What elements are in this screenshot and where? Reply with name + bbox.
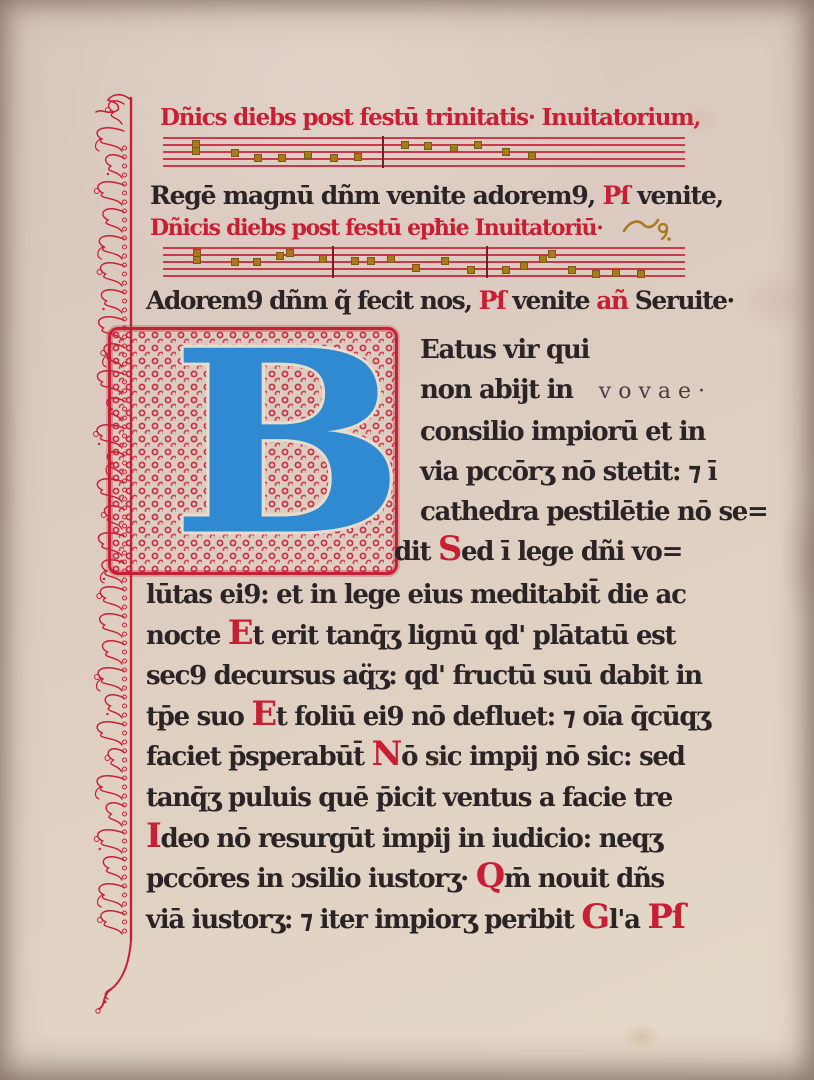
psalm-line: pccōres in ɔsilio iustorʒ· Qm̄ nouit dñs (146, 859, 710, 900)
chant-note (548, 250, 556, 258)
psalm-text-beside-initial: Eatus vir qui non abijt invovae· consili… (420, 330, 768, 572)
filigree-bead (123, 605, 127, 609)
filigree-stroke (97, 776, 124, 799)
filigree-stroke (95, 787, 100, 799)
filigree-bead (123, 677, 127, 681)
filigree-stroke (99, 236, 124, 259)
chant-note (539, 255, 547, 263)
filigree-stroke (103, 857, 124, 880)
chant-note (467, 266, 475, 274)
filigree-bead (123, 623, 127, 627)
filigree-bead (101, 513, 106, 518)
chant-note (192, 147, 200, 155)
filigree-bead (123, 794, 127, 798)
chant-note (304, 151, 312, 159)
filigree-bead (96, 1009, 100, 1013)
filigree-stroke (98, 830, 124, 853)
psalm-abbrev: Pſ (479, 286, 513, 315)
filigree-bead (123, 821, 127, 825)
chant-note (351, 257, 359, 265)
chant-note (401, 141, 409, 149)
filigree-bead (123, 785, 127, 789)
chant-note (367, 257, 375, 265)
filigree-bead (97, 594, 102, 599)
filigree-bead (98, 443, 100, 445)
chant-note (253, 258, 261, 266)
chant-note (286, 249, 294, 257)
filigree-bead (94, 837, 99, 842)
filigree-stroke (98, 668, 124, 691)
filigree-bead (102, 308, 104, 310)
filigree-stroke (100, 263, 124, 286)
staff-line (163, 275, 685, 277)
psalm-line: nocte Et erit tanq̄ʒ lignū qd' plātatū e… (146, 616, 710, 657)
filigree-stroke (95, 139, 100, 151)
filigree-bead (123, 659, 127, 663)
psalm-line: consilio impiorū et in (420, 412, 768, 452)
psalm-text: deo nō resurgūt impij in iudicio: neqʒ (161, 824, 662, 854)
versal-initial: S (438, 528, 461, 568)
filigree-bead (97, 270, 102, 275)
versal-initial: E (251, 693, 275, 733)
filigree-bead (123, 191, 127, 195)
filigree-bead (123, 740, 127, 744)
filigree-bead (123, 632, 127, 636)
filigree-stroke (96, 679, 101, 691)
filigree-bead (123, 272, 127, 276)
filigree-bead (94, 432, 99, 437)
psalm-line: via pccōrʒ nō stetit: ⁊ ī (420, 452, 768, 492)
psalm-text: ed ī lege dñi vo= (461, 537, 682, 567)
filigree-bead (123, 758, 127, 762)
chant-note (441, 257, 449, 265)
filigree-stroke (102, 641, 124, 664)
rubric-line-1: Dñics diebs post festū trinitatis· Inuit… (160, 102, 700, 134)
psalm-line: Ideo nō resurgūt impij in iudicio: neqʒ (146, 819, 710, 860)
filigree-stroke (103, 355, 108, 367)
psalm-text: l'a (609, 905, 648, 935)
filigree-stroke (101, 911, 124, 934)
filigree-stroke (99, 884, 124, 907)
chant-note (276, 252, 284, 260)
versal-initial: I (146, 815, 161, 855)
filigree-bead (123, 218, 127, 222)
filigree-bead (123, 596, 127, 600)
filigree-stroke (98, 247, 103, 259)
rubric2-text: Dñicis diebs post festū epħie Inuitatori… (150, 215, 603, 241)
staff-bar-line (332, 246, 334, 278)
versal-initial: G (581, 896, 609, 936)
chant2-text-2: venite (512, 286, 596, 315)
filigree-stroke (97, 128, 124, 151)
filigree-bead (104, 1001, 107, 1004)
chant-note (637, 270, 645, 278)
filigree-bead (95, 675, 100, 680)
filigree-bead (94, 189, 99, 194)
chant-note (231, 149, 239, 157)
filigree-bead (123, 866, 127, 870)
filigree-bead (123, 713, 127, 717)
psalm-text: t erit tanq̄ʒ lignū qd' plātatū est (252, 621, 675, 651)
antiphon-abbrev: añ (596, 286, 635, 315)
psalm-line: cathedra pestilētie nō se= (420, 492, 768, 532)
versal-initial: N (371, 733, 401, 773)
versal-initial: Q (476, 855, 504, 895)
filigree-bead (105, 756, 110, 761)
filigree-bead (123, 929, 127, 933)
chant-note (568, 266, 576, 274)
psalm-text: ō sic impij nō sic: sed (401, 742, 684, 772)
filigree-stroke (96, 95, 131, 113)
filigree-bead (123, 848, 127, 852)
filigree-bead (101, 351, 106, 356)
music-staff-1 (163, 137, 685, 167)
chant-note (424, 142, 432, 150)
psalm-text: consilio impiorū et in (420, 417, 705, 447)
chant-note (231, 258, 239, 266)
filigree-bead (123, 299, 127, 303)
gold-flourish-icon (621, 215, 675, 243)
music-staff-2 (163, 247, 685, 277)
psalm-text: nocte (146, 621, 228, 651)
staff-line (163, 151, 685, 153)
filigree-bead (123, 164, 127, 168)
filigree-bead (123, 902, 127, 906)
chant-note (254, 154, 262, 162)
chant-note (520, 262, 528, 270)
psalm-text: dit (394, 537, 438, 567)
filigree-bead (123, 686, 127, 690)
illuminated-initial-b: B (108, 327, 398, 575)
chant-text-1: Regē magnū dñm venite adorem9, Pſ venite… (150, 180, 723, 212)
filigree-bead (123, 200, 127, 204)
psalm-text-main: lūtas ei9: et in lege eius meditabit̄ di… (146, 575, 710, 940)
filigree-bead (123, 254, 127, 258)
psalm-text: tp̄e suo (146, 702, 251, 732)
psalm-text: Eatus vir qui (420, 335, 589, 365)
chant-note (387, 255, 395, 263)
psalm-text: lūtas ei9: et in lege eius meditabit̄ di… (146, 580, 686, 610)
filigree-bead (97, 918, 102, 923)
psalm-text: pccōres in ɔsilio iustorʒ· (146, 864, 476, 894)
filigree-bead (123, 704, 127, 708)
psalm-line: Eatus vir qui (420, 330, 768, 370)
filigree-stroke (103, 209, 124, 232)
versal-initial: Pſ (647, 896, 684, 936)
filigree-bead (123, 650, 127, 654)
filigree-bead (123, 146, 127, 150)
filigree-bead (103, 578, 105, 580)
psalm-text: tanq̄ʒ puluis quē p̄icit ventus a facie … (146, 783, 672, 813)
filigree-bead (106, 713, 108, 715)
chant-note (278, 154, 286, 162)
filigree-stroke (100, 571, 105, 583)
filigree-bead (123, 893, 127, 897)
chant2-text-3: Seruite· (635, 286, 734, 315)
chant-note (354, 153, 362, 161)
filigree-bead (123, 920, 127, 924)
filigree-bead (123, 245, 127, 249)
chant-note (592, 270, 600, 278)
staff-line (163, 254, 685, 256)
filigree-bead (123, 767, 127, 771)
staff-bar-line (382, 136, 384, 168)
chant1-text: Regē magnū dñm venite adorem9, (150, 181, 603, 210)
filigree-stroke (99, 940, 131, 1009)
chant-note (474, 141, 482, 149)
manuscript-page: Dñics diebs post festū trinitatis· Inuit… (0, 0, 814, 1080)
psalm-line: non abijt invovae· (420, 370, 768, 412)
filigree-bead (123, 173, 127, 177)
filigree-stroke (97, 895, 102, 907)
filigree-stroke (100, 614, 124, 637)
psalm-line: dit Sed ī lege dñi vo= (394, 532, 768, 572)
psalm-line: tanq̄ʒ puluis quē p̄icit ventus a facie … (146, 778, 710, 819)
psalm-text: t foliū ei9 nō defluet: ⁊ oīa q̄cūqʒ (276, 702, 710, 732)
chant-note (193, 256, 201, 264)
psalm-text: non abijt in (420, 375, 573, 405)
filigree-bead (123, 875, 127, 879)
psalm-text: cathedra pestilētie nō se= (420, 497, 768, 527)
filigree-stroke (108, 749, 124, 772)
staff-bar-line (486, 246, 488, 278)
filigree-stroke (101, 290, 124, 313)
filigree-stroke (100, 587, 124, 610)
versal-initial: E (228, 612, 252, 652)
chant1-text-2: venite, (637, 181, 723, 210)
psalm-text: sec9 decursus aq̈ʒ: qd' fructū suū dabit… (146, 661, 702, 691)
filigree-bead (123, 839, 127, 843)
chant-note (528, 152, 536, 160)
psalm-line: tp̄e suo Et foliū ei9 nō defluet: ⁊ oīa … (146, 697, 710, 738)
psalm-line: viā iustorʒ: ⁊ iter impiorʒ peribit Gl'a… (146, 900, 710, 941)
staff-line (163, 158, 685, 160)
chant-note (412, 264, 420, 272)
filigree-stroke (97, 722, 124, 745)
filigree-stroke (98, 182, 124, 205)
filigree-bead (123, 578, 127, 582)
psalm-text: m̄ nouit dñs (504, 864, 664, 894)
chant-note (502, 148, 510, 156)
staff-line (163, 137, 685, 139)
psalm-text: via pccōrʒ nō stetit: ⁊ ī (420, 457, 716, 487)
psalm-line: faciet p̄sperabūt̄ Nō sic impij nō sic: … (146, 737, 710, 778)
psalm-abbrev: Pſ (603, 181, 638, 210)
chant-note (612, 269, 620, 277)
filigree-stroke (106, 803, 124, 826)
staff-line (163, 268, 685, 270)
filigree-bead (123, 812, 127, 816)
filigree-bead (123, 731, 127, 735)
psalm-text: faciet p̄sperabūt̄ (146, 742, 371, 772)
chant-note (450, 144, 458, 152)
initial-letter: B (171, 317, 405, 569)
staff-line (163, 261, 685, 263)
filigree-bead (123, 308, 127, 312)
psalm-line: sec9 decursus aq̈ʒ: qd' fructū suū dabit… (146, 656, 710, 697)
psalm-line: lūtas ei9: et in lege eius meditabit̄ di… (146, 575, 710, 616)
filigree-bead (99, 848, 101, 850)
staff-line (163, 165, 685, 167)
chant-note (502, 266, 510, 274)
rubric-line-2: Dñicis diebs post festū epħie Inuitatori… (150, 212, 675, 244)
filigree-bead (107, 173, 109, 175)
marginal-annotation: vovae· (599, 379, 712, 404)
filigree-bead (123, 227, 127, 231)
psalm-text: viā iustorʒ: ⁊ iter impiorʒ peribit (146, 905, 581, 935)
staff-line (163, 247, 685, 249)
filigree-bead (123, 281, 127, 285)
chant-note (330, 154, 338, 162)
chant-note (319, 255, 327, 263)
